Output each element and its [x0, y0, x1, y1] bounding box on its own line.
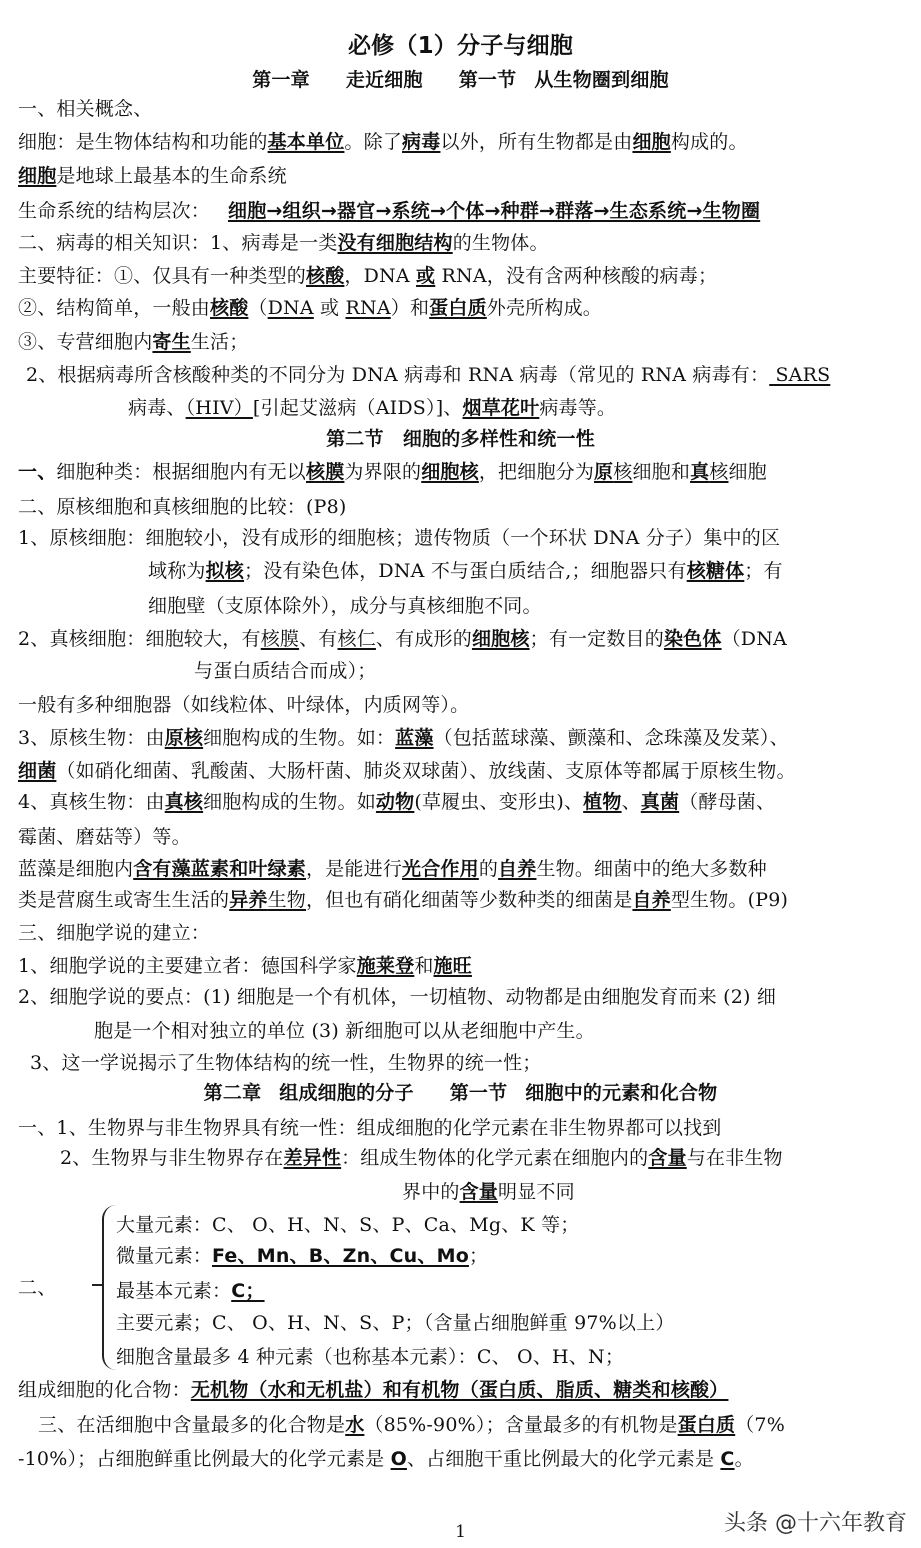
text: 二、病毒的相关知识：1、病毒是一类	[18, 232, 338, 254]
keyword: 或	[416, 265, 435, 287]
text: 型生物。(P9)	[671, 889, 788, 911]
text: 以外，所有生物都是由	[440, 131, 632, 153]
text: 4、真核生物：由	[18, 791, 165, 813]
text: ；有一定数目的	[530, 628, 664, 650]
text-line: 细胞壁（支原体除外），成分与真核细胞不同。	[148, 594, 542, 618]
text-line: 与蛋白质结合而成）；	[194, 659, 377, 683]
text: （85%-90%）；含量最多的有机物是	[364, 1414, 677, 1436]
keyword: 施旺	[434, 955, 472, 977]
text-line: 2、生物界与非生物界存在差异性：组成生物体的化学元素在细胞内的含量与在非生物	[60, 1146, 783, 1170]
keyword: 真核	[165, 791, 203, 813]
text: （如硝化细菌、乳酸菌、大肠杆菌、肺炎双球菌）、放线菌、支原体等都属于原核生物。	[56, 760, 795, 782]
keyword: Fe、Mn、B、Zn、Cu、Mo	[212, 1245, 469, 1267]
text: （包括蓝球藻、颤藻和、念珠藻及发菜）、	[434, 727, 789, 749]
text: 细胞	[728, 461, 766, 483]
keyword: 核	[709, 461, 728, 483]
text: 细胞：是生物体结构和功能的	[18, 131, 268, 153]
text-line: 2、真核细胞：细胞较大，有核膜、有核仁、有成形的细胞核；有一定数目的染色体（DN…	[18, 627, 787, 651]
text: ：组成生物体的化学元素在细胞内的	[341, 1147, 648, 1169]
text: ，是能进行	[306, 858, 402, 880]
text-line: 三、在活细胞中含量最多的化合物是水（85%-90%）；含量最多的有机物是蛋白质（…	[38, 1413, 785, 1437]
text-line: 一、细胞种类：根据细胞内有无以核膜为界限的细胞核，把细胞分为原核细胞和真核细胞	[18, 460, 767, 484]
keyword: 病毒	[402, 131, 440, 153]
keyword: 蓝藻	[395, 727, 433, 749]
text: 和	[414, 955, 433, 977]
keyword: RNA	[346, 297, 391, 319]
keyword: 寄生	[152, 331, 190, 353]
chapter2-heading: 第二章组成细胞的分子第一节细胞中的元素和化合物	[0, 1081, 921, 1105]
keyword: 施莱登	[357, 955, 415, 977]
element-item: 最基本元素：C；	[116, 1279, 265, 1303]
text-line: 3、这一学说揭示了生物体结构的统一性，生物界的统一性；	[30, 1051, 542, 1075]
text: 、占细胞干重比例最大的化学元素是	[407, 1448, 720, 1470]
text: 细胞和	[632, 461, 690, 483]
text: 构成的。	[671, 131, 748, 153]
text: 3、原核生物：由	[18, 727, 165, 749]
keyword: 原	[594, 461, 613, 483]
chapter-label: 第二章	[204, 1082, 262, 1104]
text: 为界限的	[344, 461, 421, 483]
text-line: 细胞是地球上最基本的生命系统	[18, 164, 287, 188]
keyword: O	[391, 1448, 407, 1470]
text-line: 类是营腐生或寄生生活的异养生物，但也有硝化细菌等少数种类的细菌是自养型生物。(P…	[18, 888, 788, 912]
text-line: 二、原核细胞和真核细胞的比较：(P8)	[18, 495, 347, 519]
text-line: 胞是一个相对独立的单位 (3) 新细胞可以从老细胞中产生。	[94, 1019, 595, 1043]
text: 细胞构成的生物。如：	[203, 727, 395, 749]
text: (草履虫、变形虫)、	[414, 791, 583, 813]
text: 蓝藻是细胞内	[18, 858, 133, 880]
keyword: 核膜	[306, 461, 344, 483]
keyword: 细胞	[632, 131, 670, 153]
text-line: 1、细胞学说的主要建立者：德国科学家施莱登和施旺	[18, 954, 472, 978]
group-label: 二、	[18, 1276, 56, 1300]
text: 三、在活细胞中含量最多的化合物是	[38, 1414, 345, 1436]
text: 。	[735, 1448, 754, 1470]
text: 或	[314, 297, 346, 319]
keyword: 无机物（水和无机盐）和有机物（蛋白质、脂质、糖类和核酸）	[191, 1379, 729, 1401]
keyword: 烟草花叶	[463, 397, 540, 419]
keyword: 核膜	[261, 628, 299, 650]
text: 病毒、	[128, 397, 186, 419]
text: [引起艾滋病（AIDS）]、	[253, 397, 463, 419]
text-line: -10%）；占细胞鲜重比例最大的化学元素是 O、占细胞干重比例最大的化学元素是 …	[18, 1447, 754, 1471]
text-line: ②、结构简单，一般由核酸（DNA 或 RNA）和蛋白质外壳所构成。	[18, 296, 602, 320]
element-item: 微量元素：Fe、Mn、B、Zn、Cu、Mo；	[116, 1244, 488, 1268]
text: （酵母菌、	[679, 791, 775, 813]
keyword: 真菌	[641, 791, 679, 813]
text-line: 细菌（如硝化细菌、乳酸菌、大肠杆菌、肺炎双球菌）、放线菌、支原体等都属于原核生物…	[18, 759, 796, 783]
keyword: 细菌	[18, 760, 56, 782]
section-heading: 第二节 细胞的多样性和统一性	[0, 427, 921, 451]
section-name: 细胞中的元素和化合物	[525, 1082, 717, 1104]
text: 一、	[18, 461, 56, 483]
text: 生命系统的结构层次：	[18, 200, 210, 222]
text: 1、细胞学说的主要建立者：德国科学家	[18, 955, 357, 977]
keyword: 生物	[268, 889, 306, 911]
keyword: 细胞核	[421, 461, 479, 483]
text: （	[248, 297, 267, 319]
text: ；有	[744, 560, 782, 582]
keyword: 原核	[165, 727, 203, 749]
keyword: 含有藻蓝素和叶绿素	[133, 858, 306, 880]
section-name: 从生物圈到细胞	[534, 69, 668, 91]
keyword: 没有细胞结构	[338, 232, 453, 254]
text: 微量元素：	[116, 1245, 212, 1267]
text-line: 三、细胞学说的建立：	[18, 921, 210, 945]
keyword: （HIV）	[186, 397, 253, 419]
text-line: 4、真核生物：由真核细胞构成的生物。如动物(草履虫、变形虫)、植物、真菌（酵母菌…	[18, 790, 775, 814]
chapter-name: 走近细胞	[346, 69, 423, 91]
keyword: 细胞核	[472, 628, 530, 650]
text: 、有	[299, 628, 337, 650]
text: ；没有染色体，DNA 不与蛋白质结合,；细胞器只有	[244, 560, 687, 582]
keyword: 真	[690, 461, 709, 483]
text: 主要特征：①、仅具有一种类型的	[18, 265, 306, 287]
keyword: 异养	[229, 889, 267, 911]
keyword: 拟核	[206, 560, 244, 582]
text: ，但也有硝化细菌等少数种类的细菌是	[306, 889, 632, 911]
text: 。除了	[344, 131, 402, 153]
text-line: ③、专营细胞内寄生生活；	[18, 330, 248, 354]
page-number: 1	[0, 1522, 921, 1542]
keyword: 含量	[460, 1181, 498, 1203]
text-line: 一般有多种细胞器（如线粒体、叶绿体，内质网等）。	[18, 693, 469, 717]
text: 外壳所构成。	[487, 297, 602, 319]
keyword: 光合作用	[402, 858, 479, 880]
text: 组成细胞的化合物：	[18, 1379, 191, 1401]
keyword: 核酸	[306, 265, 344, 287]
text: 类是营腐生或寄生生活的	[18, 889, 229, 911]
keyword: 基本单位	[268, 131, 345, 153]
element-item: 大量元素：C、 O、H、N、S、P、Ca、Mg、K 等；	[116, 1213, 579, 1237]
keyword: 差异性	[284, 1147, 342, 1169]
text: 与在非生物	[687, 1147, 783, 1169]
text: 细胞构成的生物。如	[203, 791, 376, 813]
text-line: 蓝藻是细胞内含有藻蓝素和叶绿素，是能进行光合作用的自养生物。细菌中的绝大多数种	[18, 857, 767, 881]
keyword: 核糖体	[687, 560, 745, 582]
text-line: 3、原核生物：由原核细胞构成的生物。如：蓝藻（包括蓝球藻、颤藻和、念珠藻及发菜）…	[18, 726, 789, 750]
text: ；	[469, 1245, 488, 1267]
keyword: 含量	[648, 1147, 686, 1169]
text: 2、真核细胞：细胞较大，有	[18, 628, 261, 650]
text: 最基本元素：	[116, 1280, 231, 1302]
text: ）和	[391, 297, 429, 319]
text-line: 细胞：是生物体结构和功能的基本单位。除了病毒以外，所有生物都是由细胞构成的。	[18, 130, 748, 154]
keyword: DNA	[268, 297, 314, 319]
text: RNA，没有含两种核酸的病毒；	[435, 265, 717, 287]
text: 界中的	[402, 1181, 460, 1203]
text: 2、生物界与非生物界存在	[60, 1147, 284, 1169]
section-label: 第一节	[450, 1082, 508, 1104]
text-line: 主要特征：①、仅具有一种类型的核酸，DNA 或 RNA，没有含两种核酸的病毒；	[18, 264, 717, 288]
text-line: 二、病毒的相关知识：1、病毒是一类没有细胞结构的生物体。	[18, 231, 549, 255]
keyword: C；	[231, 1280, 264, 1302]
keyword: 核仁	[338, 628, 376, 650]
keyword: 蛋白质	[429, 297, 487, 319]
text: ，DNA	[344, 265, 416, 287]
keyword: SARS	[769, 364, 830, 386]
keyword: 自养	[632, 889, 670, 911]
text: 是地球上最基本的生命系统	[56, 165, 286, 187]
text-line: 域称为拟核；没有染色体，DNA 不与蛋白质结合,；细胞器只有核糖体；有	[148, 559, 783, 583]
text-line: 病毒、（HIV）[引起艾滋病（AIDS）]、烟草花叶病毒等。	[128, 396, 616, 420]
text: 、	[622, 791, 641, 813]
keyword: 细胞→组织→器官→系统→个体→种群→群落→生态系统→生物圈	[228, 200, 760, 222]
text-line: 界中的含量明显不同	[402, 1180, 575, 1204]
text: （DNA	[722, 628, 787, 650]
text: 生物。细菌中的绝大多数种	[536, 858, 766, 880]
brace-tip-icon	[92, 1284, 104, 1286]
keyword: 核酸	[210, 297, 248, 319]
text: ③、专营细胞内	[18, 331, 152, 353]
keyword: 染色体	[664, 628, 722, 650]
text: 明显不同	[498, 1181, 575, 1203]
keyword: 蛋白质	[678, 1414, 736, 1436]
element-item: 细胞含量最多 4 种元素（也称基本元素）：C、 O、H、N；	[116, 1345, 624, 1369]
text-line: 1、原核细胞：细胞较小，没有成形的细胞核；遗传物质（一个环状 DNA 分子）集中…	[18, 526, 780, 550]
text-line: 一、相关概念、	[18, 97, 152, 121]
text-line: 霉菌、磨菇等）等。	[18, 825, 191, 849]
chapter-name: 组成细胞的分子	[279, 1082, 413, 1104]
keyword: 细胞	[18, 165, 56, 187]
text: -10%）；占细胞鲜重比例最大的化学元素是	[18, 1448, 391, 1470]
section-label: 第一节	[459, 69, 517, 91]
element-item: 主要元素；C、 O、H、N、S、P；（含量占细胞鲜重 97%以上）	[116, 1311, 675, 1335]
keyword: C	[720, 1448, 734, 1470]
keyword: 动物	[376, 791, 414, 813]
text: 的	[479, 858, 498, 880]
text: ，把细胞分为	[479, 461, 594, 483]
text: 、有成形的	[376, 628, 472, 650]
text: 2、根据病毒所含核酸种类的不同分为 DNA 病毒和 RNA 病毒（常见的 RNA…	[26, 364, 769, 386]
chapter1-heading: 第一章走近细胞第一节从生物圈到细胞	[0, 68, 921, 92]
text-line: 组成细胞的化合物：无机物（水和无机盐）和有机物（蛋白质、脂质、糖类和核酸）	[18, 1378, 728, 1402]
chapter-label: 第一章	[252, 69, 310, 91]
text-line: 一、1、生物界与非生物界具有统一性：组成细胞的化学元素在非生物界都可以找到	[18, 1116, 722, 1140]
text: 病毒等。	[539, 397, 616, 419]
keyword: 植物	[583, 791, 621, 813]
keyword: 水	[345, 1414, 364, 1436]
text: （7%	[735, 1414, 785, 1436]
text: ②、结构简单，一般由	[18, 297, 210, 319]
text-line: 2、细胞学说的要点：(1) 细胞是一个有机体，一切植物、动物都是由细胞发育而来 …	[18, 985, 776, 1009]
keyword: 自养	[498, 858, 536, 880]
text: 细胞种类：根据细胞内有无以	[56, 461, 306, 483]
keyword: 核	[613, 461, 632, 483]
text: 域称为	[148, 560, 206, 582]
document-title: 必修（1）分子与细胞	[0, 34, 921, 58]
text: 生活；	[191, 331, 249, 353]
text-line: 生命系统的结构层次：细胞→组织→器官→系统→个体→种群→群落→生态系统→生物圈	[18, 199, 760, 223]
text: 的生物体。	[453, 232, 549, 254]
text-line: 2、根据病毒所含核酸种类的不同分为 DNA 病毒和 RNA 病毒（常见的 RNA…	[26, 363, 830, 387]
